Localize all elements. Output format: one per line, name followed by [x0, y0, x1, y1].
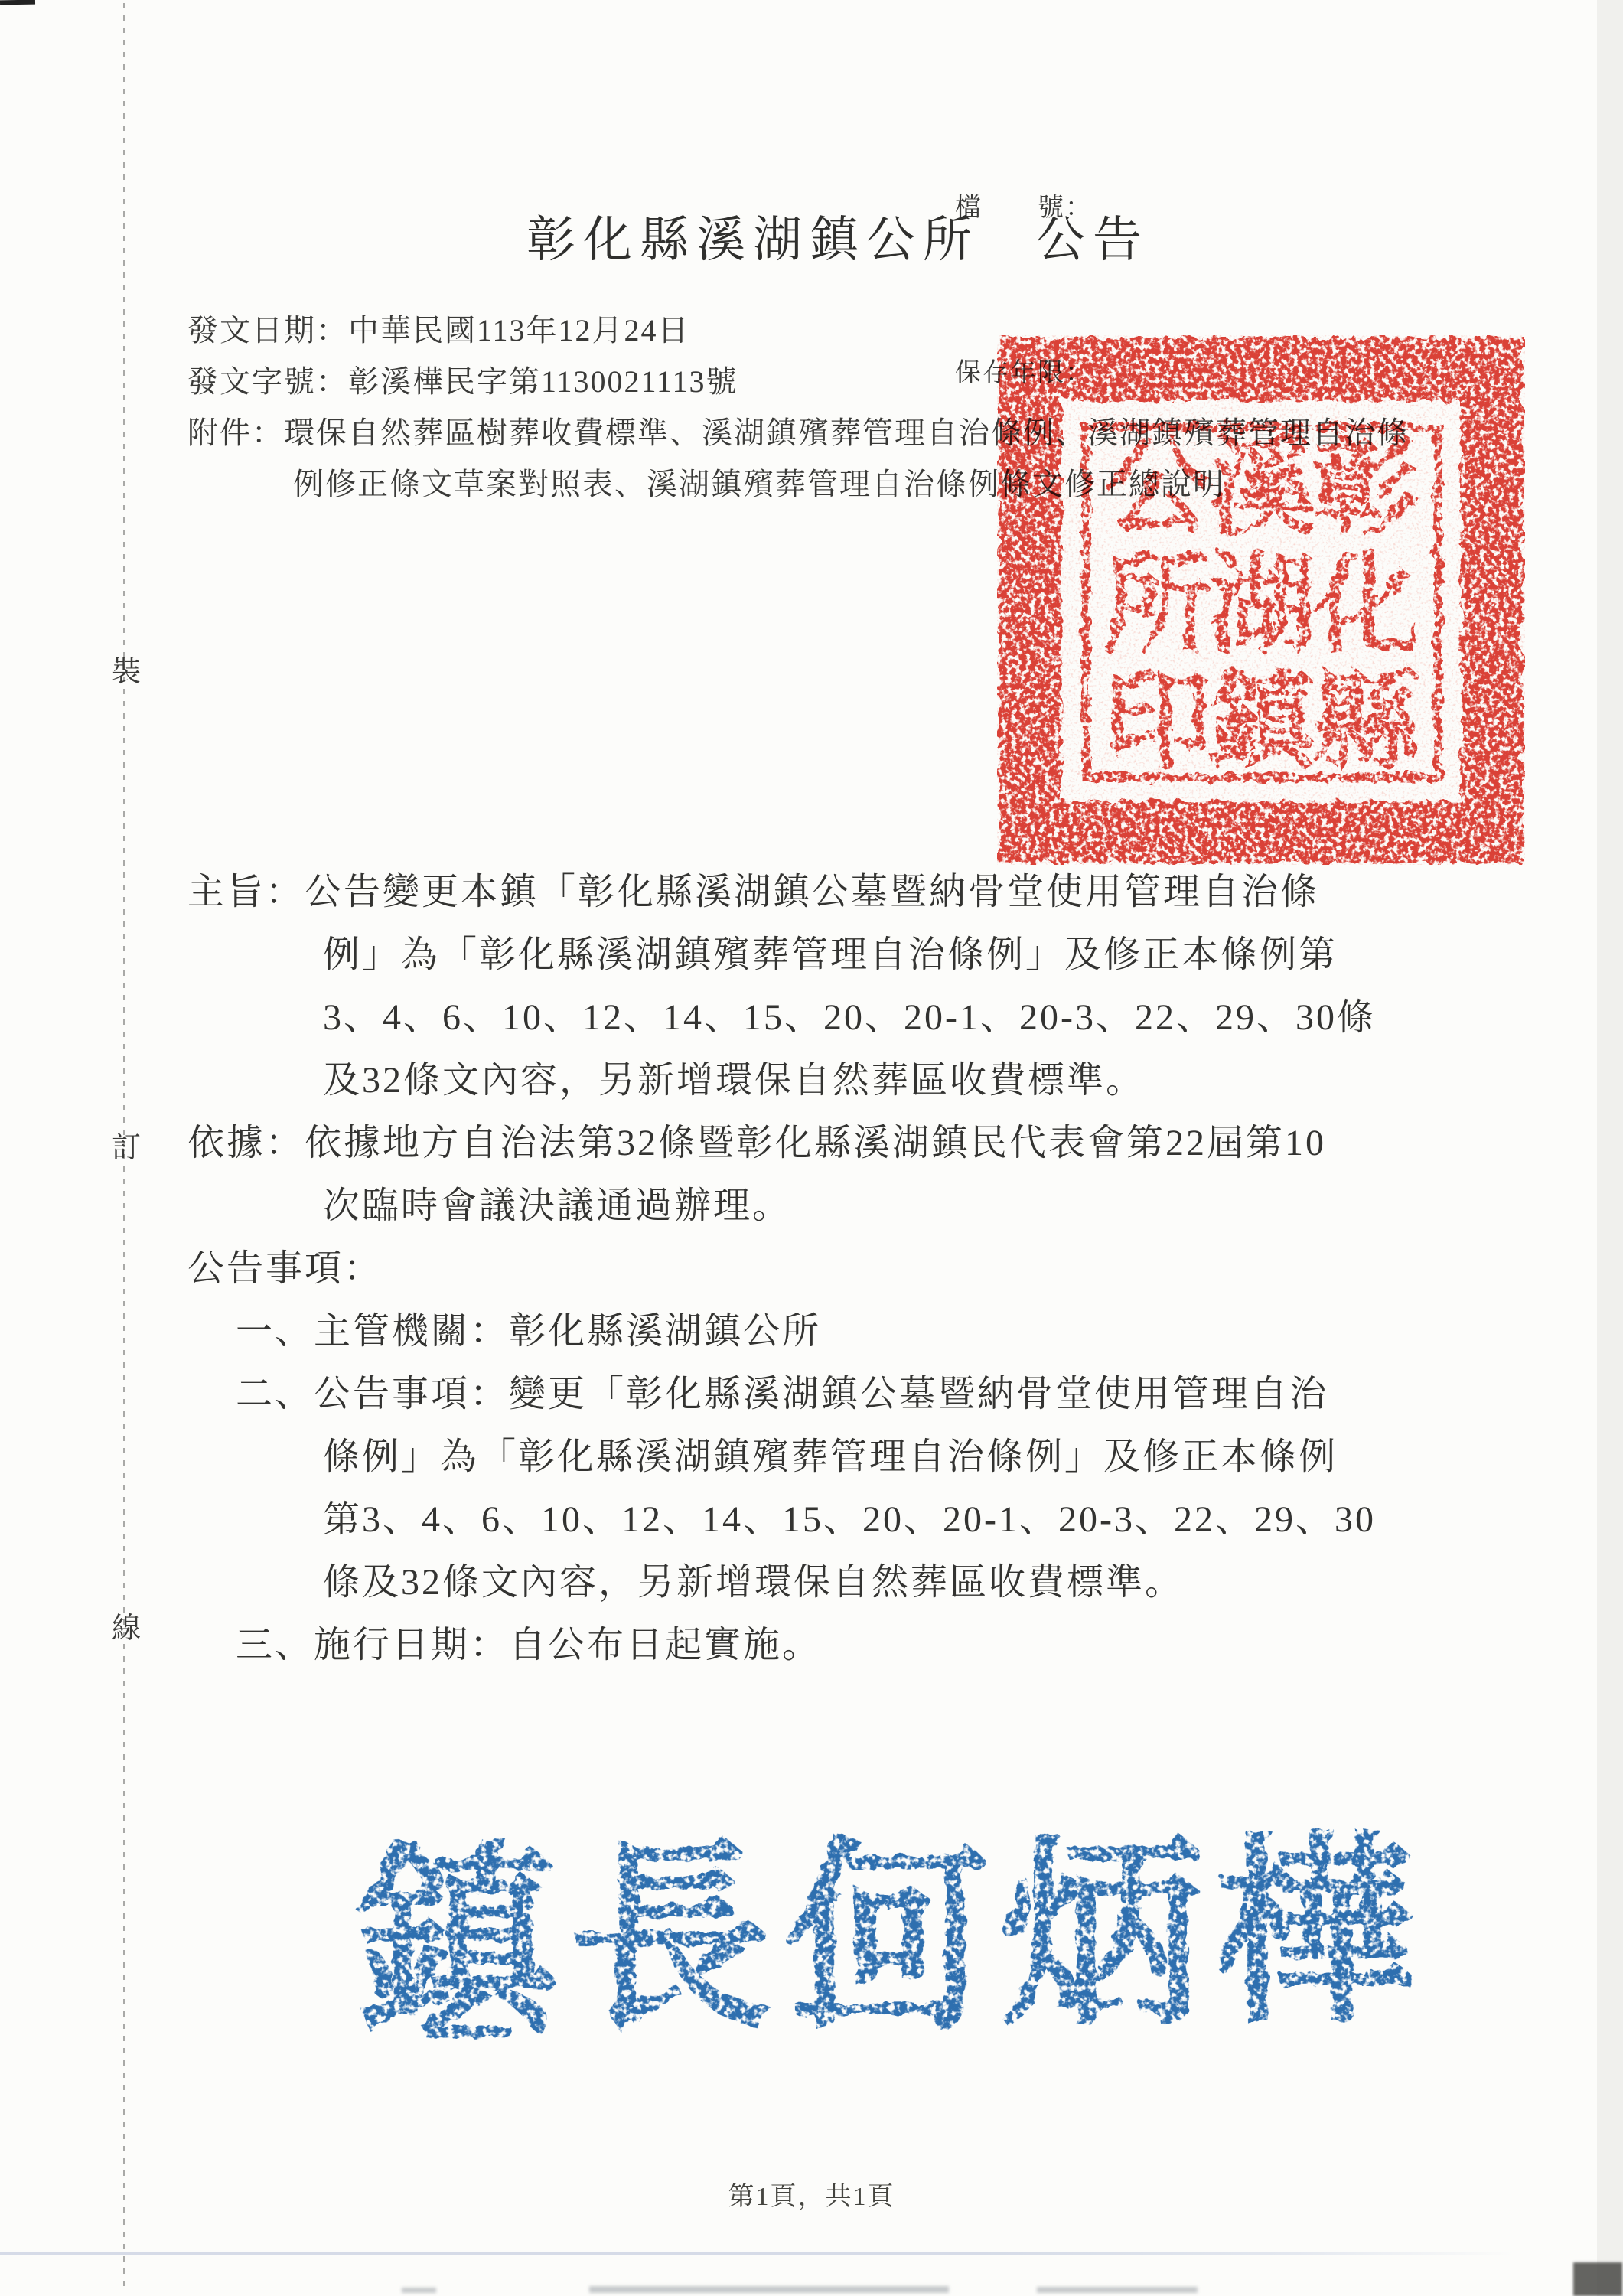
stamp-smudge — [1057, 1998, 1122, 2007]
body-line: 第3、4、6、10、12、14、15、20、20-1、20-3、22、29、30 — [323, 1489, 1376, 1551]
binding-mark-xian: 線 — [112, 1604, 141, 1646]
seal-char: 溪 — [1207, 428, 1316, 549]
body-line: 公告事項： — [187, 1238, 1376, 1300]
mayor-signature-stamp: 鎮 長 何 炳 樺 — [328, 1805, 1447, 2076]
stamp-smudge — [425, 2026, 510, 2037]
seal-char: 印 — [1103, 662, 1212, 783]
scan-smudge — [402, 2288, 436, 2293]
body-line: 次臨時會議決議通過辦理。 — [323, 1175, 1376, 1238]
red-seal-graphic: 彰 化 縣 溪 湖 鎮 公 所 印 — [997, 335, 1525, 865]
scan-smudge-dark — [1573, 2262, 1622, 2296]
body-line: 條例」為「彰化縣溪湖鎮殯葬管理自治條例」及修正本條例 — [323, 1426, 1376, 1489]
scan-line-artifact — [0, 2252, 1515, 2255]
seal-char: 縣 — [1312, 662, 1423, 783]
scan-corner-artifact — [0, 0, 35, 5]
stamp-char: 鎮 — [351, 1828, 569, 2058]
blue-stamp-graphic: 鎮 長 何 炳 樺 — [328, 1805, 1447, 2076]
body-line: 主旨：公告變更本鎮「彰化縣溪湖鎮公墓暨納骨堂使用管理自治條 — [187, 861, 1376, 924]
scan-smudge — [1037, 2287, 1198, 2293]
seal-char: 化 — [1311, 545, 1420, 666]
scan-edge-band — [1597, 0, 1623, 2296]
binding-mark-zhuang: 裝 — [112, 647, 141, 690]
seal-script-text: 彰 化 縣 溪 湖 鎮 公 所 印 — [1103, 428, 1423, 783]
blue-stamp-text: 鎮 長 何 炳 樺 — [351, 1820, 1418, 2059]
document-title: 彰化縣溪湖鎮公所 公告 — [526, 201, 1149, 271]
body-line: 3、4、6、10、12、14、15、20、20-1、20-3、22、29、30條 — [323, 987, 1376, 1049]
body-line: 條及32條文內容，另新增環保自然葬區收費標準。 — [323, 1551, 1376, 1614]
binding-mark-ding: 訂 — [112, 1124, 141, 1166]
stamp-smudge — [797, 2003, 953, 2015]
seal-char: 彰 — [1312, 428, 1420, 549]
body-line: 一、主管機關：彰化縣溪湖鎮公所 — [236, 1300, 1376, 1363]
announcement-body: 主旨：公告變更本鎮「彰化縣溪湖鎮公墓暨納骨堂使用管理自治條 例」為「彰化縣溪湖鎮… — [0, 861, 1376, 1677]
stamp-char: 何 — [782, 1825, 989, 2054]
stamp-char: 炳 — [996, 1822, 1204, 2052]
official-red-seal: 彰 化 縣 溪 湖 鎮 公 所 印 — [997, 335, 1525, 865]
stamp-char: 樺 — [1211, 1820, 1418, 2050]
page-number: 第1頁，共1頁 — [728, 2175, 895, 2213]
body-line: 三、施行日期：自公布日起實施。 — [236, 1614, 1376, 1677]
scan-smudge — [589, 2286, 949, 2293]
scanned-announcement-page: 檔 號： 保存年限： 彰化縣溪湖鎮公所 公告 發文日期：中華民國113年12月2… — [0, 0, 1623, 2296]
seal-char: 湖 — [1207, 545, 1316, 666]
body-line: 二、公告事項：變更「彰化縣溪湖鎮公墓暨納骨堂使用管理自治 — [236, 1363, 1376, 1426]
body-line: 例」為「彰化縣溪湖鎮殯葬管理自治條例」及修正本條例第 — [323, 924, 1376, 987]
stamp-char: 長 — [567, 1827, 774, 2056]
seal-char: 公 — [1103, 428, 1212, 549]
seal-char: 所 — [1103, 545, 1212, 666]
body-line: 依據：依據地方自治法第32條暨彰化縣溪湖鎮民代表會第22屆第10 — [187, 1112, 1376, 1175]
seal-char: 鎮 — [1207, 662, 1321, 783]
body-line: 及32條文內容，另新增環保自然葬區收費標準。 — [323, 1049, 1376, 1112]
